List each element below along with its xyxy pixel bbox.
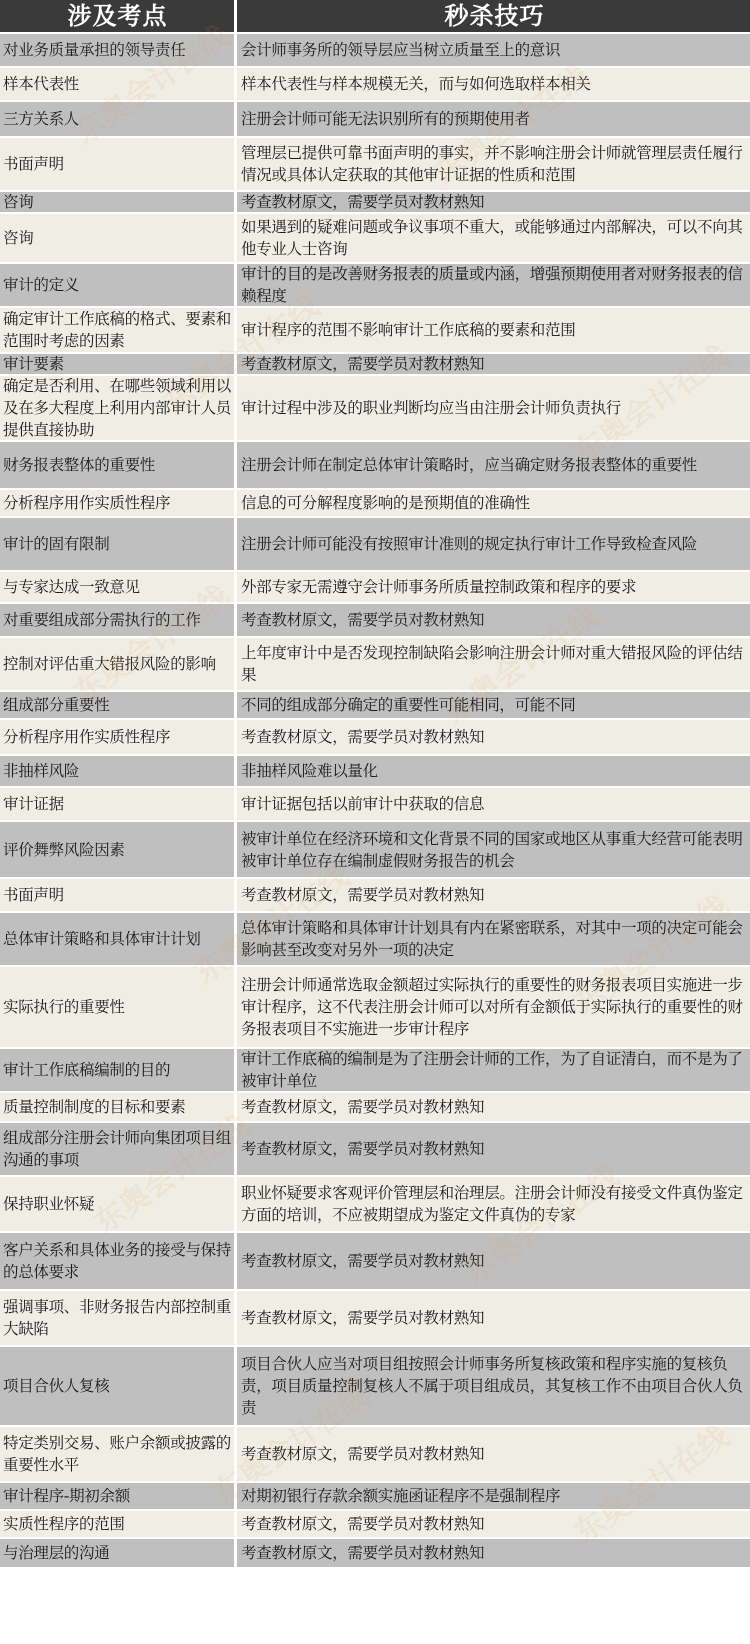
header-tip: 秒杀技巧 (237, 0, 750, 32)
topic-cell: 项目合伙人复核 (0, 1347, 237, 1425)
topic-cell: 审计程序-期初余额 (0, 1483, 237, 1509)
topic-cell: 分析程序用作实质性程序 (0, 720, 237, 754)
topic-cell: 组成部分注册会计师向集团项目组沟通的事项 (0, 1123, 237, 1175)
table-row: 实际执行的重要性注册会计师通常选取金额超过实际执行的重要性的财务报表项目实施进一… (0, 967, 750, 1049)
tip-cell: 考查教材原文，需要学员对教材熟知 (237, 1093, 750, 1121)
tip-cell: 职业怀疑要求客观评价管理层和治理层。注册会计师没有接受文件真伪鉴定方面的培训，不… (237, 1177, 750, 1231)
table-row: 与治理层的沟通考查教材原文，需要学员对教材熟知 (0, 1539, 750, 1569)
topic-cell: 咨询 (0, 192, 237, 212)
topic-cell: 评价舞弊风险因素 (0, 822, 237, 877)
table-row: 咨询如果遇到的疑难问题或争议事项不重大，或能够通过内部解决，可以不向其他专业人士… (0, 214, 750, 264)
table-row: 书面声明考查教材原文，需要学员对教材熟知 (0, 879, 750, 913)
table-row: 样本代表性样本代表性与样本规模无关，而与如何选取样本相关 (0, 68, 750, 102)
table-row: 实质性程序的范围考查教材原文，需要学员对教材熟知 (0, 1511, 750, 1539)
tip-cell: 项目合伙人应当对项目组按照会计师事务所复核政策和程序实施的复核负责，项目质量控制… (237, 1347, 750, 1425)
tip-cell: 会计师事务所的领导层应当树立质量至上的意识 (237, 34, 750, 66)
topic-cell: 书面声明 (0, 138, 237, 190)
tip-cell: 审计证据包括以前审计中获取的信息 (237, 788, 750, 820)
tip-cell: 管理层已提供可靠书面声明的事实，并不影响注册会计师就管理层责任履行情况或具体认定… (237, 138, 750, 190)
table-row: 对重要组成部分需执行的工作考查教材原文，需要学员对教材熟知 (0, 604, 750, 638)
table-row: 财务报表整体的重要性注册会计师在制定总体审计策略时，应当确定财务报表整体的重要性 (0, 442, 750, 490)
topic-cell: 对业务质量承担的领导责任 (0, 34, 237, 66)
tip-cell: 审计过程中涉及的职业判断均应当由注册会计师负责执行 (237, 376, 750, 440)
topic-cell: 实质性程序的范围 (0, 1511, 237, 1537)
tip-cell: 不同的组成部分确定的重要性可能相同，可能不同 (237, 692, 750, 718)
topic-cell: 书面声明 (0, 879, 237, 911)
tip-cell: 如果遇到的疑难问题或争议事项不重大，或能够通过内部解决，可以不向其他专业人士咨询 (237, 214, 750, 262)
topic-cell: 非抽样风险 (0, 756, 237, 786)
topic-cell: 与治理层的沟通 (0, 1539, 237, 1567)
table-row: 咨询考查教材原文，需要学员对教材熟知 (0, 192, 750, 214)
tip-cell: 注册会计师可能无法识别所有的预期使用者 (237, 102, 750, 136)
table-row: 非抽样风险非抽样风险难以量化 (0, 756, 750, 788)
tip-cell: 注册会计师在制定总体审计策略时，应当确定财务报表整体的重要性 (237, 442, 750, 488)
tip-cell: 样本代表性与样本规模无关，而与如何选取样本相关 (237, 68, 750, 100)
tip-cell: 审计工作底稿的编制是为了注册会计师的工作，为了自证清白，而不是为了被审计单位 (237, 1049, 750, 1091)
topic-cell: 实际执行的重要性 (0, 967, 237, 1047)
table-row: 评价舞弊风险因素被审计单位在经济环境和文化背景不同的国家或地区从事重大经营可能表… (0, 822, 750, 879)
table-row: 保持职业怀疑职业怀疑要求客观评价管理层和治理层。注册会计师没有接受文件真伪鉴定方… (0, 1177, 750, 1233)
topic-cell: 特定类别交易、账户余额或披露的重要性水平 (0, 1427, 237, 1481)
tip-cell: 考查教材原文，需要学员对教材熟知 (237, 720, 750, 754)
topic-cell: 样本代表性 (0, 68, 237, 100)
tip-cell: 注册会计师通常选取金额超过实际执行的重要性的财务报表项目实施进一步审计程序，这不… (237, 967, 750, 1047)
table-row: 确定是否利用、在哪些领域利用以及在多大程度上利用内部审计人员提供直接协助审计过程… (0, 376, 750, 442)
table-row: 组成部分重要性不同的组成部分确定的重要性可能相同，可能不同 (0, 692, 750, 720)
table-row: 控制对评估重大错报风险的影响上年度审计中是否发现控制缺陷会影响注册会计师对重大错… (0, 638, 750, 692)
topic-cell: 分析程序用作实质性程序 (0, 490, 237, 516)
tip-cell: 考查教材原文，需要学员对教材熟知 (237, 1123, 750, 1175)
table-header: 涉及考点 秒杀技巧 (0, 0, 750, 34)
topic-cell: 客户关系和具体业务的接受与保持的总体要求 (0, 1233, 237, 1289)
table-row: 书面声明管理层已提供可靠书面声明的事实，并不影响注册会计师就管理层责任履行情况或… (0, 138, 750, 192)
tip-cell: 审计的目的是改善财务报表的质量或内涵，增强预期使用者对财务报表的信赖程度 (237, 264, 750, 306)
topic-cell: 审计的定义 (0, 264, 237, 306)
topic-cell: 组成部分重要性 (0, 692, 237, 718)
topic-cell: 与专家达成一致意见 (0, 572, 237, 602)
topic-cell: 保持职业怀疑 (0, 1177, 237, 1231)
table-row: 特定类别交易、账户余额或披露的重要性水平考查教材原文，需要学员对教材熟知 (0, 1427, 750, 1483)
table-row: 审计的定义审计的目的是改善财务报表的质量或内涵，增强预期使用者对财务报表的信赖程… (0, 264, 750, 308)
knowledge-table: 涉及考点 秒杀技巧 对业务质量承担的领导责任会计师事务所的领导层应当树立质量至上… (0, 0, 750, 1569)
table-row: 总体审计策略和具体审计计划总体审计策略和具体审计计划具有内在紧密联系，对其中一项… (0, 913, 750, 967)
tip-cell: 考查教材原文，需要学员对教材熟知 (237, 354, 750, 374)
tip-cell: 信息的可分解程度影响的是预期值的准确性 (237, 490, 750, 516)
table-row: 审计的固有限制注册会计师可能没有按照审计准则的规定执行审计工作导致检查风险 (0, 518, 750, 572)
topic-cell: 确定是否利用、在哪些领域利用以及在多大程度上利用内部审计人员提供直接协助 (0, 376, 237, 440)
table-row: 确定审计工作底稿的格式、要素和范围时考虑的因素审计程序的范围不影响审计工作底稿的… (0, 308, 750, 354)
tip-cell: 审计程序的范围不影响审计工作底稿的要素和范围 (237, 308, 750, 352)
topic-cell: 审计的固有限制 (0, 518, 237, 570)
topic-cell: 财务报表整体的重要性 (0, 442, 237, 488)
table-row: 质量控制制度的目标和要素考查教材原文，需要学员对教材熟知 (0, 1093, 750, 1123)
tip-cell: 考查教材原文，需要学员对教材熟知 (237, 1427, 750, 1481)
table-row: 三方关系人注册会计师可能无法识别所有的预期使用者 (0, 102, 750, 138)
table-row: 客户关系和具体业务的接受与保持的总体要求考查教材原文，需要学员对教材熟知 (0, 1233, 750, 1291)
tip-cell: 被审计单位在经济环境和文化背景不同的国家或地区从事重大经营可能表明被审计单位存在… (237, 822, 750, 877)
table-row: 组成部分注册会计师向集团项目组沟通的事项考查教材原文，需要学员对教材熟知 (0, 1123, 750, 1177)
topic-cell: 审计工作底稿编制的目的 (0, 1049, 237, 1091)
topic-cell: 咨询 (0, 214, 237, 262)
tip-cell: 总体审计策略和具体审计计划具有内在紧密联系，对其中一项的决定可能会影响甚至改变对… (237, 913, 750, 965)
table-body: 对业务质量承担的领导责任会计师事务所的领导层应当树立质量至上的意识样本代表性样本… (0, 34, 750, 1569)
topic-cell: 审计证据 (0, 788, 237, 820)
table-row: 审计证据审计证据包括以前审计中获取的信息 (0, 788, 750, 822)
topic-cell: 质量控制制度的目标和要素 (0, 1093, 237, 1121)
table-row: 对业务质量承担的领导责任会计师事务所的领导层应当树立质量至上的意识 (0, 34, 750, 68)
topic-cell: 确定审计工作底稿的格式、要素和范围时考虑的因素 (0, 308, 237, 352)
table-row: 项目合伙人复核项目合伙人应当对项目组按照会计师事务所复核政策和程序实施的复核负责… (0, 1347, 750, 1427)
topic-cell: 控制对评估重大错报风险的影响 (0, 638, 237, 690)
tip-cell: 考查教材原文，需要学员对教材熟知 (237, 1233, 750, 1289)
tip-cell: 上年度审计中是否发现控制缺陷会影响注册会计师对重大错报风险的评估结果 (237, 638, 750, 690)
topic-cell: 对重要组成部分需执行的工作 (0, 604, 237, 636)
tip-cell: 考查教材原文，需要学员对教材熟知 (237, 1539, 750, 1567)
tip-cell: 考查教材原文，需要学员对教材熟知 (237, 1291, 750, 1345)
topic-cell: 强调事项、非财务报告内部控制重大缺陷 (0, 1291, 237, 1345)
topic-cell: 三方关系人 (0, 102, 237, 136)
tip-cell: 注册会计师可能没有按照审计准则的规定执行审计工作导致检查风险 (237, 518, 750, 570)
tip-cell: 考查教材原文，需要学员对教材熟知 (237, 604, 750, 636)
table-row: 与专家达成一致意见外部专家无需遵守会计师事务所质量控制政策和程序的要求 (0, 572, 750, 604)
table-row: 审计要素考查教材原文，需要学员对教材熟知 (0, 354, 750, 376)
table-row: 强调事项、非财务报告内部控制重大缺陷考查教材原文，需要学员对教材熟知 (0, 1291, 750, 1347)
table-row: 审计工作底稿编制的目的审计工作底稿的编制是为了注册会计师的工作，为了自证清白，而… (0, 1049, 750, 1093)
tip-cell: 考查教材原文，需要学员对教材熟知 (237, 192, 750, 212)
topic-cell: 总体审计策略和具体审计计划 (0, 913, 237, 965)
header-topic: 涉及考点 (0, 0, 237, 32)
tip-cell: 非抽样风险难以量化 (237, 756, 750, 786)
tip-cell: 外部专家无需遵守会计师事务所质量控制政策和程序的要求 (237, 572, 750, 602)
tip-cell: 对期初银行存款余额实施函证程序不是强制程序 (237, 1483, 750, 1509)
tip-cell: 考查教材原文，需要学员对教材熟知 (237, 879, 750, 911)
table-row: 审计程序-期初余额对期初银行存款余额实施函证程序不是强制程序 (0, 1483, 750, 1511)
table-row: 分析程序用作实质性程序信息的可分解程度影响的是预期值的准确性 (0, 490, 750, 518)
tip-cell: 考查教材原文，需要学员对教材熟知 (237, 1511, 750, 1537)
table-row: 分析程序用作实质性程序考查教材原文，需要学员对教材熟知 (0, 720, 750, 756)
topic-cell: 审计要素 (0, 354, 237, 374)
